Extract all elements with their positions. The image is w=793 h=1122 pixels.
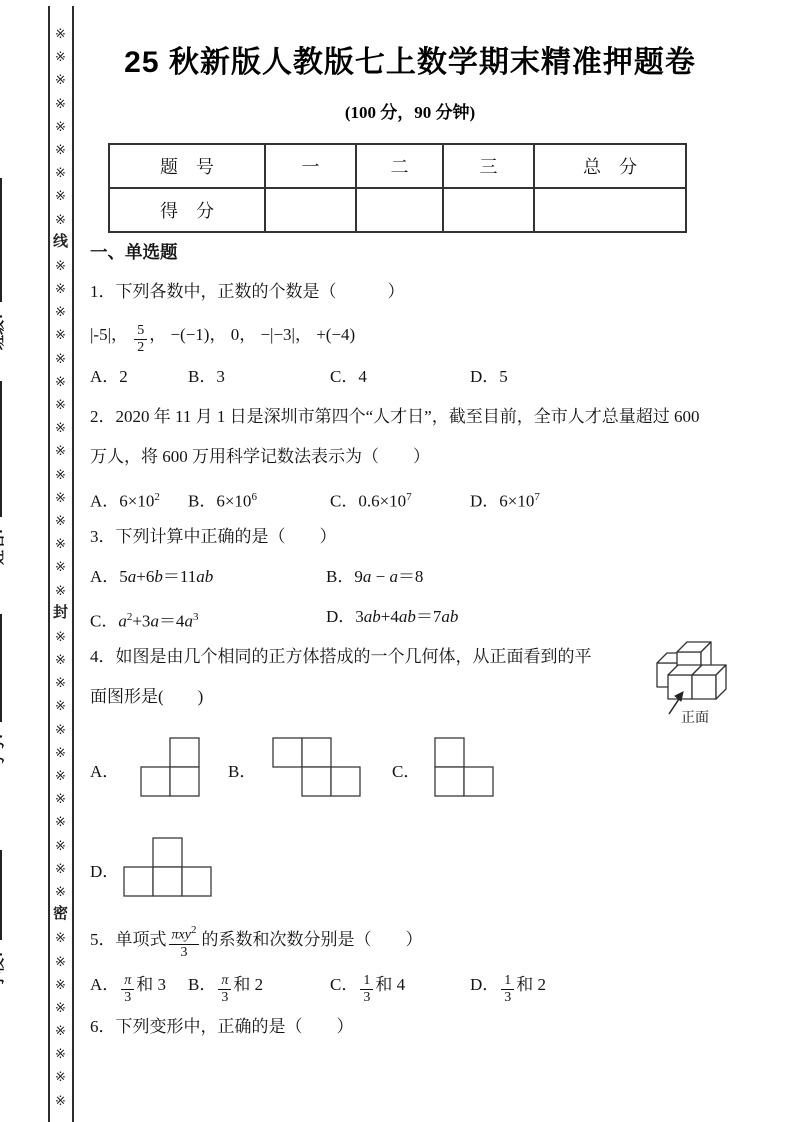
seal-char: 线 <box>49 231 72 254</box>
score-table: 题 号 一 二 三 总 分 得 分 <box>108 143 687 233</box>
option: C．13和 4 <box>330 962 405 1007</box>
fraction: π3 <box>121 974 134 1005</box>
seal-marker: ※ <box>49 880 72 903</box>
seal-marker: ※ <box>49 323 72 346</box>
seal-marker: ※ <box>49 764 72 787</box>
seal-marker: ※ <box>49 416 72 439</box>
option: B．π3和 2 <box>188 962 263 1007</box>
options-row: A．π3和 3B．π3和 2C．13和 4D．13和 2 <box>90 962 758 1007</box>
seal-marker: ※ <box>49 741 72 764</box>
seal-marker: ※ <box>49 439 72 462</box>
seal-marker: ※ <box>49 45 72 68</box>
option: B．6×106 <box>188 477 257 522</box>
seal-marker: ※ <box>49 648 72 671</box>
seal-marker: ※ <box>49 370 72 393</box>
score-row-label: 得 分 <box>109 188 265 232</box>
seal-char: 密 <box>49 903 72 926</box>
option: A．2 <box>90 357 128 397</box>
seal-marker: ※ <box>49 68 72 91</box>
options-row: A．6×102B．6×106C．0.6×107D．6×107 <box>90 477 758 517</box>
option: D．6×107 <box>470 477 540 522</box>
score-header-cell: 三 <box>443 144 534 188</box>
seal-marker: ※ <box>49 671 72 694</box>
seal-marker: ※ <box>49 161 72 184</box>
question-text: 5．单项式πxy23的系数和次数分别是（ ） <box>90 917 758 962</box>
option: D．5 <box>470 357 508 397</box>
class-field-label: 班级： <box>0 305 6 350</box>
seal-marker: ※ <box>49 857 72 880</box>
score-header-cell: 总 分 <box>534 144 686 188</box>
fraction: π3 <box>218 974 231 1005</box>
fraction: 13 <box>360 974 373 1005</box>
cube-figure: 正面 <box>645 620 750 735</box>
exam-number-field: 考号： <box>0 585 13 770</box>
seal-marker: ※ <box>49 115 72 138</box>
option-figure-A <box>140 737 200 802</box>
question-text: 3．下列计算中正确的是（ ） <box>90 517 758 557</box>
front-view-label: 正面 <box>681 709 709 725</box>
option: B．3 <box>188 357 225 397</box>
score-cell <box>534 188 686 232</box>
seal-marker: ※ <box>49 138 72 161</box>
class-field-blank <box>0 178 2 302</box>
seal-marker: ※ <box>49 787 72 810</box>
seal-marker: ※ <box>49 92 72 115</box>
exam-number-field-blank <box>0 614 2 722</box>
option-figure-C <box>434 737 494 802</box>
question-text: 万人，将 600 万用科学记数法表示为（ ） <box>90 437 758 477</box>
score-header-cell: 一 <box>265 144 356 188</box>
option-figure-D <box>123 837 212 902</box>
seal-marker: ※ <box>49 208 72 231</box>
option: B．9a − a＝8 <box>326 557 423 597</box>
seal-marker: ※ <box>49 625 72 648</box>
score-cell <box>443 188 534 232</box>
option: A．6×102 <box>90 477 160 522</box>
seal-marker: ※ <box>49 694 72 717</box>
seal-marker: ※ <box>49 950 72 973</box>
seal-marker: ※ <box>49 579 72 602</box>
question-text: 1．下列各数中，正数的个数是（ ） <box>90 272 758 312</box>
fraction: 13 <box>501 974 514 1005</box>
seal-marker: ※ <box>49 22 72 45</box>
seal-marker: ※ <box>49 1019 72 1042</box>
figure-options-row: D． <box>90 817 758 917</box>
question-text: 2．2020 年 11 月 1 日是深圳市第四个“人才日”，截至目前，全市人才总… <box>90 397 758 437</box>
option: D．3ab+4ab＝7ab <box>326 597 458 637</box>
option-figure-B <box>272 737 361 802</box>
seal-marker: ※ <box>49 555 72 578</box>
name-field: 姓名： <box>0 353 13 565</box>
score-header-cell: 题 号 <box>109 144 265 188</box>
seal-marker: ※ <box>49 718 72 741</box>
seal-column: ※※※※※※※※※线※※※※※※※※※※※※※※※封※※※※※※※※※※※※密※… <box>49 22 72 1112</box>
class-field: 班级： <box>0 150 13 350</box>
score-cell <box>356 188 443 232</box>
seal-marker: ※ <box>49 810 72 833</box>
question-text: 6．下列变形中，正确的是（ ） <box>90 1007 758 1047</box>
option-label: B． <box>228 757 256 787</box>
exam-number-field-label: 考号： <box>0 725 6 770</box>
seal-marker: ※ <box>49 463 72 486</box>
seal-marker: ※ <box>49 996 72 1019</box>
seal-marker: ※ <box>49 300 72 323</box>
seal-marker: ※ <box>49 834 72 857</box>
seal-marker: ※ <box>49 486 72 509</box>
seal-char: 封 <box>49 602 72 625</box>
option: C．0.6×107 <box>330 477 412 522</box>
fraction: πxy23 <box>169 925 200 960</box>
seal-line-right <box>72 6 74 1122</box>
score-cell <box>265 188 356 232</box>
option: A．π3和 3 <box>90 962 166 1007</box>
options-row: A．2B．3C．4D．5 <box>90 357 758 397</box>
cube-figure-svg: 正面 <box>645 620 750 735</box>
seal-marker: ※ <box>49 973 72 996</box>
seal-marker: ※ <box>49 254 72 277</box>
seal-marker: ※ <box>49 1042 72 1065</box>
option-label: C． <box>392 757 420 787</box>
school-field-label: 学校： <box>0 943 6 988</box>
seal-marker: ※ <box>49 509 72 532</box>
fraction: 52 <box>134 324 147 355</box>
school-field-blank <box>0 850 2 940</box>
section-title: 一、单选题 <box>90 232 758 272</box>
name-field-label: 姓名： <box>0 520 6 565</box>
question-text: |-5|， 52， −(−1)， 0， −|−3|， +(−4) <box>90 312 758 357</box>
seal-marker: ※ <box>49 1065 72 1088</box>
option: C．4 <box>330 357 367 397</box>
name-field-blank <box>0 381 2 517</box>
seal-marker: ※ <box>49 277 72 300</box>
option-label: D． <box>90 857 119 887</box>
seal-marker: ※ <box>49 347 72 370</box>
option-label: A． <box>90 757 119 787</box>
score-header-cell: 二 <box>356 144 443 188</box>
seal-marker: ※ <box>49 393 72 416</box>
page-subtitle: (100 分，90 分钟) <box>90 100 730 126</box>
option: A．5a+6b＝11ab <box>90 557 213 597</box>
option: D．13和 2 <box>470 962 546 1007</box>
page-title: 25 秋新版人教版七上数学期末精准押题卷 <box>90 40 730 86</box>
school-field: 学校： <box>0 818 13 988</box>
score-table-score-row: 得 分 <box>109 188 686 232</box>
option: C．a2+3a＝4a3 <box>90 597 198 642</box>
seal-marker: ※ <box>49 1089 72 1112</box>
seal-marker: ※ <box>49 926 72 949</box>
exam-page: ※※※※※※※※※线※※※※※※※※※※※※※※※封※※※※※※※※※※※※密※… <box>0 0 793 1122</box>
seal-marker: ※ <box>49 184 72 207</box>
seal-marker: ※ <box>49 532 72 555</box>
options-row: A．5a+6b＝11abB．9a − a＝8 <box>90 557 758 597</box>
score-table-header-row: 题 号 一 二 三 总 分 <box>109 144 686 188</box>
